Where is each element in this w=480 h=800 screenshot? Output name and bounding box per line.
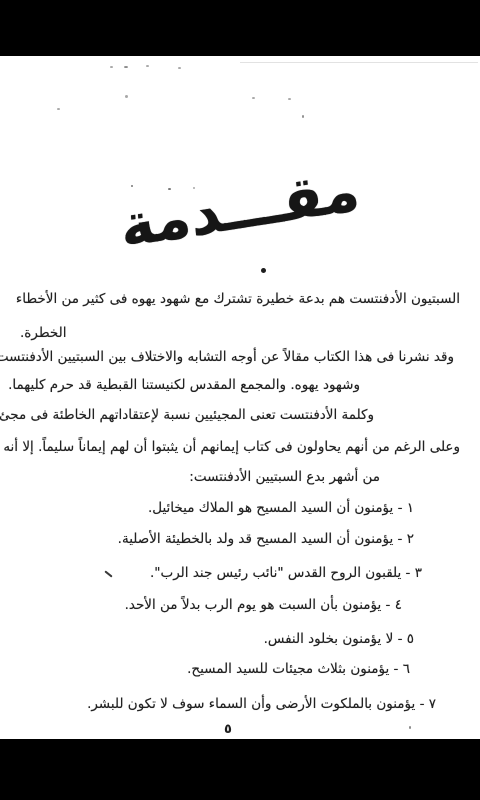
- scan-speck: [124, 66, 128, 68]
- scan-speck: [252, 97, 255, 99]
- scan-artifact-line: [240, 62, 478, 63]
- paragraph-line: السبتيون الأدفنتست هم بدعة خطيرة تشترك م…: [16, 291, 460, 307]
- page-number: ٥: [224, 722, 232, 737]
- belief-list-item: ٣ - يلقبون الروح القدس "نائب رئيس جند ال…: [150, 565, 422, 581]
- paragraph-line: الخطرة.: [20, 325, 66, 341]
- belief-list-item: ٤ - يؤمنون بأن السبت هو يوم الرب بدلاً م…: [125, 597, 402, 613]
- belief-list-item: ١ - يؤمنون أن السيد المسيح هو الملاك ميخ…: [148, 500, 414, 516]
- title-calligraphy-dot: [261, 268, 266, 273]
- bottom-letterbox: [0, 739, 480, 800]
- belief-list-item: ٢ - يؤمنون أن السيد المسيح قد ولد بالخطي…: [118, 531, 414, 547]
- scan-speck: [288, 98, 291, 100]
- belief-list-item: ٥ - لا يؤمنون بخلود النفس.: [264, 631, 414, 647]
- scan-speck: [178, 67, 181, 69]
- paragraph-line: وكلمة الأدفنتست تعنى المجيئيين نسبة لإعت…: [0, 407, 374, 423]
- paragraph-line: وقد نشرنا فى هذا الكتاب مقالاً عن أوجه ا…: [0, 349, 454, 365]
- scan-tick-artifact: [104, 570, 112, 577]
- belief-list-item: ٧ - يؤمنون بالملكوت الأرضى وأن السماء سو…: [87, 696, 436, 712]
- scan-speck: [110, 66, 113, 68]
- screen: مقـــدمة السبتيون الأدفنتست هم بدعة خطير…: [0, 0, 480, 800]
- scan-speck: [131, 185, 133, 187]
- scan-speck: [125, 95, 128, 98]
- paragraph-line: وعلى الرغم من أنهم يحاولون فى كتاب إيمان…: [3, 439, 460, 455]
- paragraph-line: من أشهر بدع السبتيين الأدفنتست:: [189, 469, 380, 485]
- scanned-book-page: مقـــدمة السبتيون الأدفنتست هم بدعة خطير…: [0, 56, 480, 739]
- scan-speck: [57, 108, 60, 110]
- scan-speck: [409, 726, 411, 729]
- belief-list-item: ٦ - يؤمنون بثلاث مجيئات للسيد المسيح.: [187, 661, 410, 677]
- top-letterbox: [0, 0, 480, 56]
- page-title: مقـــدمة: [0, 137, 480, 280]
- scan-speck: [146, 65, 149, 67]
- scan-speck: [302, 115, 304, 118]
- paragraph-line: وشهود يهوه. والمجمع المقدس لكنيستنا القب…: [8, 377, 360, 393]
